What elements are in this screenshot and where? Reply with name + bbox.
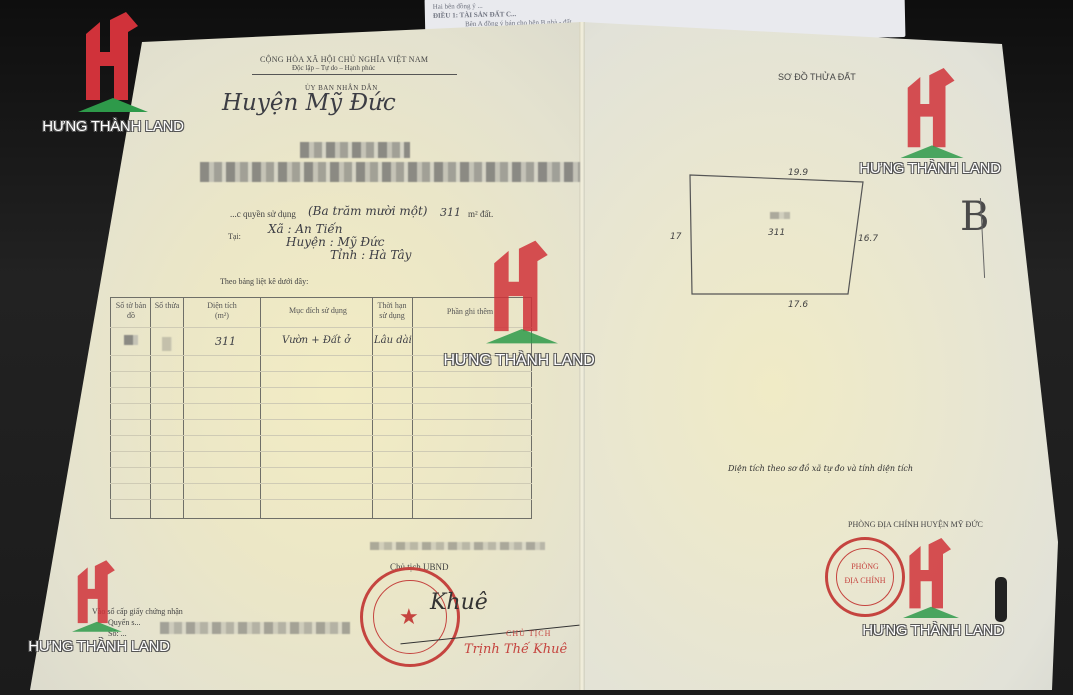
redacted-date [370,542,545,550]
contract-line: Hai bên đồng ý ... [433,2,483,11]
table-row-line [110,483,532,484]
watermark-logo: HƯNG THÀNH LAND [434,238,604,368]
watermark-brand: HƯNG THÀNH LAND [14,638,184,655]
area-measurement-note: Diện tích theo sơ đồ xã tự đo và tính di… [728,464,913,473]
cell-area: 311 [215,335,236,348]
watermark-brand: HƯNG THÀNH LAND [845,160,1015,177]
table-column-divider [412,297,413,519]
table-row-line [110,371,532,372]
cell-purpose: Vườn + Đất ở [282,335,350,346]
plot-dimension-left: 17 [670,232,681,242]
table-column-divider [183,297,184,519]
table-border [110,518,532,519]
list-intro: Theo bảng liệt kê dưới đây: [220,277,308,286]
district-seal-stamp: ★ [360,567,460,667]
republic-header: CỘNG HÒA XÃ HỘI CHỦ NGHĨA VIỆT NAM [260,55,428,64]
header-map-sheet: Số tờ bản đồ [112,301,150,321]
area-unit: m² đất. [468,209,493,219]
table-row-line [110,451,532,452]
cell-duration: Lâu dài [374,335,412,346]
plot-dimension-top: 19.9 [788,168,808,178]
usage-rights-label: ...c quyền sử dụng [230,209,296,219]
area-value: 311 [440,206,461,219]
ht-logo-icon [903,538,959,618]
header-purpose: Mục đích sử dụng [270,306,366,316]
watermark-brand: HƯNG THÀNH LAND [848,622,1018,639]
header-parcel-no: Số thửa [152,301,182,311]
redacted-name [300,142,410,158]
watermark-logo: HƯNG THÀNH LAND [848,538,1018,668]
area-in-words: (Ba trăm mười một) [308,204,427,218]
plot-dimension-right: 16.7 [858,234,878,244]
header-rule [252,74,457,75]
plot-area: 311 [768,228,785,238]
table-row-line [110,499,532,500]
header-area: Diện tích (m²) [200,301,244,321]
redacted-parcel-no [162,337,172,351]
table-row-line [110,435,532,436]
land-office-title: PHÒNG ĐỊA CHÍNH HUYỆN MỸ ĐỨC [848,520,983,529]
redacted-book-number [160,622,350,634]
table-column-divider [150,297,151,519]
watermark-brand: HƯNG THÀNH LAND [28,118,198,135]
motto: Độc lập – Tự do – Hạnh phúc [292,64,375,72]
table-row-line [110,403,532,404]
redacted-owner-info [200,162,580,182]
table-column-divider [110,297,111,519]
chairman-role-stamp: CHỦ TỊCH [506,629,551,638]
table-column-divider [260,297,261,519]
watermark-brand: HƯNG THÀNH LAND [434,352,604,370]
watermark-logo: HƯNG THÀNH LAND [28,12,198,142]
star-icon: ★ [399,604,419,630]
ht-logo-icon [78,12,148,112]
watermark-logo: HƯNG THÀNH LAND [14,558,184,688]
header-duration: Thời hạn sử dụng [374,301,410,321]
address-province: Tỉnh : Hà Tây [330,248,411,262]
plot-dimension-bottom: 17.6 [788,300,808,310]
watermark-logo: HƯNG THÀNH LAND [845,68,1015,198]
ht-logo-icon [897,68,967,158]
table-row-line [110,419,532,420]
table-row-line [110,387,532,388]
chairman-name-stamp: Trịnh Thế Khuê [464,642,567,657]
district-title: Huyện Mỹ Đức [222,90,396,116]
ht-logo-icon [486,238,558,346]
redacted-plot-id [770,212,790,219]
address-commune: Xã : An Tiến [268,222,343,236]
table-row-line [110,467,532,468]
letter-b-mark: B [960,194,989,240]
address-district: Huyện : Mỹ Đức [286,235,385,249]
table-column-divider [372,297,373,519]
ht-logo-icon [72,558,122,634]
chairman-signature: Khuê [430,590,488,615]
location-label: Tại: [228,232,241,241]
redacted-map-sheet [124,335,138,345]
